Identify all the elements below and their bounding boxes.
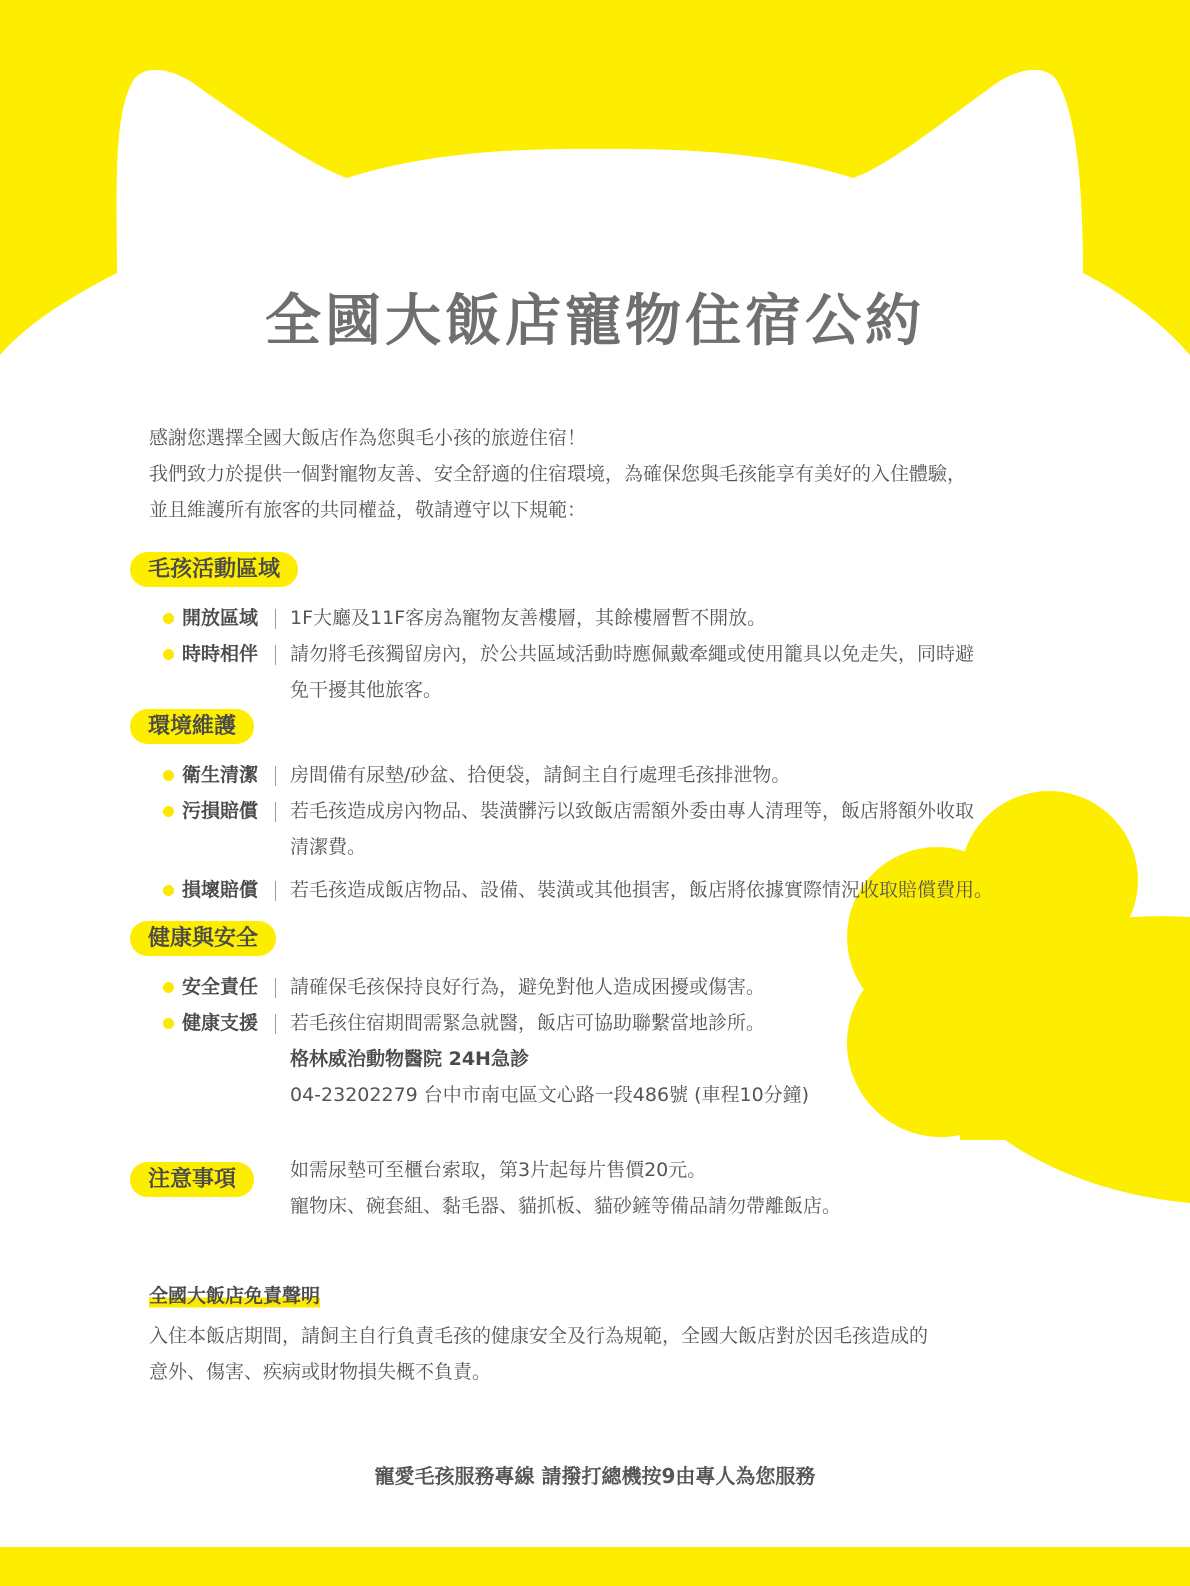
- rule-line: 請勿將毛孩獨留房內，於公共區域活動時應佩戴牽繩或使用籠具以免走失，同時避: [290, 636, 974, 672]
- rule-text: 若毛孩住宿期間需緊急就醫，飯店可協助聯繫當地診所。 格林威治動物醫院 24H急診…: [290, 1005, 809, 1113]
- bullet-dot-icon: [163, 806, 174, 817]
- bullet-dot-icon: [163, 885, 174, 896]
- rule-text: 請確保毛孩保持良好行為，避免對他人造成困擾或傷害。: [290, 969, 765, 1005]
- clinic-name: 格林威治動物醫院 24H急診: [290, 1041, 809, 1077]
- rule-text: 若毛孩造成房內物品、裝潢髒污以致飯店需額外委由專人清理等，飯店將額外收取 清潔費…: [290, 793, 974, 865]
- bottom-yellow-band: [0, 1547, 1190, 1586]
- notes-text: 如需尿墊可至櫃台索取，第3片起每片售價20元。 寵物床、碗套組、黏毛器、貓抓板、…: [290, 1152, 841, 1224]
- intro-paragraph: 感謝您選擇全國大飯店作為您與毛小孩的旅遊住宿！ 我們致力於提供一個對寵物友善、安…: [149, 420, 1069, 528]
- separator: [275, 802, 276, 822]
- rule-text: 若毛孩造成飯店物品、設備、裝潢或其他損害，飯店將依據實際情況收取賠償費用。: [290, 872, 993, 908]
- rule-label: 健康支援: [182, 1005, 258, 1041]
- rule-text: 房間備有尿墊/砂盆、拾便袋，請飼主自行處理毛孩排泄物。: [290, 757, 790, 793]
- rule-label: 污損賠償: [182, 793, 258, 829]
- page-title: 全國大飯店寵物住宿公約: [0, 287, 1190, 357]
- separator: [275, 1014, 276, 1034]
- bullet-dot-icon: [163, 1018, 174, 1029]
- section-heading-pet-areas: 毛孩活動區域: [130, 552, 298, 587]
- disclaimer-body: 入住本飯店期間，請飼主自行負責毛孩的健康安全及行為規範，全國大飯店對於因毛孩造成…: [149, 1318, 928, 1390]
- section-heading-environment: 環境維護: [130, 709, 254, 744]
- rule-label: 衛生清潔: [182, 757, 258, 793]
- service-hotline: 寵愛毛孩服務專線 請撥打總機按9由專人為您服務: [0, 1460, 1190, 1489]
- rule-text: 請勿將毛孩獨留房內，於公共區域活動時應佩戴牽繩或使用籠具以免走失，同時避 免干擾…: [290, 636, 974, 708]
- bullet-dot-icon: [163, 649, 174, 660]
- section-heading-health-safety: 健康與安全: [130, 921, 276, 956]
- notes-line: 如需尿墊可至櫃台索取，第3片起每片售價20元。: [290, 1152, 841, 1188]
- bullet-dot-icon: [163, 613, 174, 624]
- document: 全國大飯店寵物住宿公約 感謝您選擇全國大飯店作為您與毛小孩的旅遊住宿！ 我們致力…: [0, 0, 1190, 1586]
- separator: [275, 881, 276, 901]
- intro-line: 我們致力於提供一個對寵物友善、安全舒適的住宿環境，為確保您與毛孩能享有美好的入住…: [149, 456, 1069, 492]
- rule-line: 1F大廳及11F客房為寵物友善樓層，其餘樓層暫不開放。: [290, 600, 766, 636]
- rule-label: 開放區域: [182, 600, 258, 636]
- disclaimer-line: 入住本飯店期間，請飼主自行負責毛孩的健康安全及行為規範，全國大飯店對於因毛孩造成…: [149, 1318, 928, 1354]
- rule-line: 房間備有尿墊/砂盆、拾便袋，請飼主自行處理毛孩排泄物。: [290, 757, 790, 793]
- rule-line: 若毛孩住宿期間需緊急就醫，飯店可協助聯繫當地診所。: [290, 1005, 809, 1041]
- separator: [275, 609, 276, 629]
- rule-text: 1F大廳及11F客房為寵物友善樓層，其餘樓層暫不開放。: [290, 600, 766, 636]
- rule-label: 時時相伴: [182, 636, 258, 672]
- rule-label: 損壞賠償: [182, 872, 258, 908]
- intro-line: 感謝您選擇全國大飯店作為您與毛小孩的旅遊住宿！: [149, 420, 1069, 456]
- intro-line: 並且維護所有旅客的共同權益，敬請遵守以下規範：: [149, 492, 1069, 528]
- bullet-dot-icon: [163, 770, 174, 781]
- disclaimer-heading: 全國大飯店免責聲明: [149, 1283, 320, 1309]
- rule-line: 若毛孩造成飯店物品、設備、裝潢或其他損害，飯店將依據實際情況收取賠償費用。: [290, 872, 993, 908]
- rule-line: 免干擾其他旅客。: [290, 672, 974, 708]
- section-heading-notes: 注意事項: [130, 1162, 254, 1197]
- notes-line: 寵物床、碗套組、黏毛器、貓抓板、貓砂鏟等備品請勿帶離飯店。: [290, 1188, 841, 1224]
- rule-line: 清潔費。: [290, 829, 974, 865]
- separator: [275, 978, 276, 998]
- rule-line: 若毛孩造成房內物品、裝潢髒污以致飯店需額外委由專人清理等，飯店將額外收取: [290, 793, 974, 829]
- rule-line: 請確保毛孩保持良好行為，避免對他人造成困擾或傷害。: [290, 969, 765, 1005]
- separator: [275, 766, 276, 786]
- rule-label: 安全責任: [182, 969, 258, 1005]
- bullet-dot-icon: [163, 982, 174, 993]
- separator: [275, 645, 276, 665]
- clinic-contact: 04-23202279 台中市南屯區文心路一段486號 (車程10分鐘): [290, 1077, 809, 1113]
- disclaimer-line: 意外、傷害、疾病或財物損失概不負責。: [149, 1354, 928, 1390]
